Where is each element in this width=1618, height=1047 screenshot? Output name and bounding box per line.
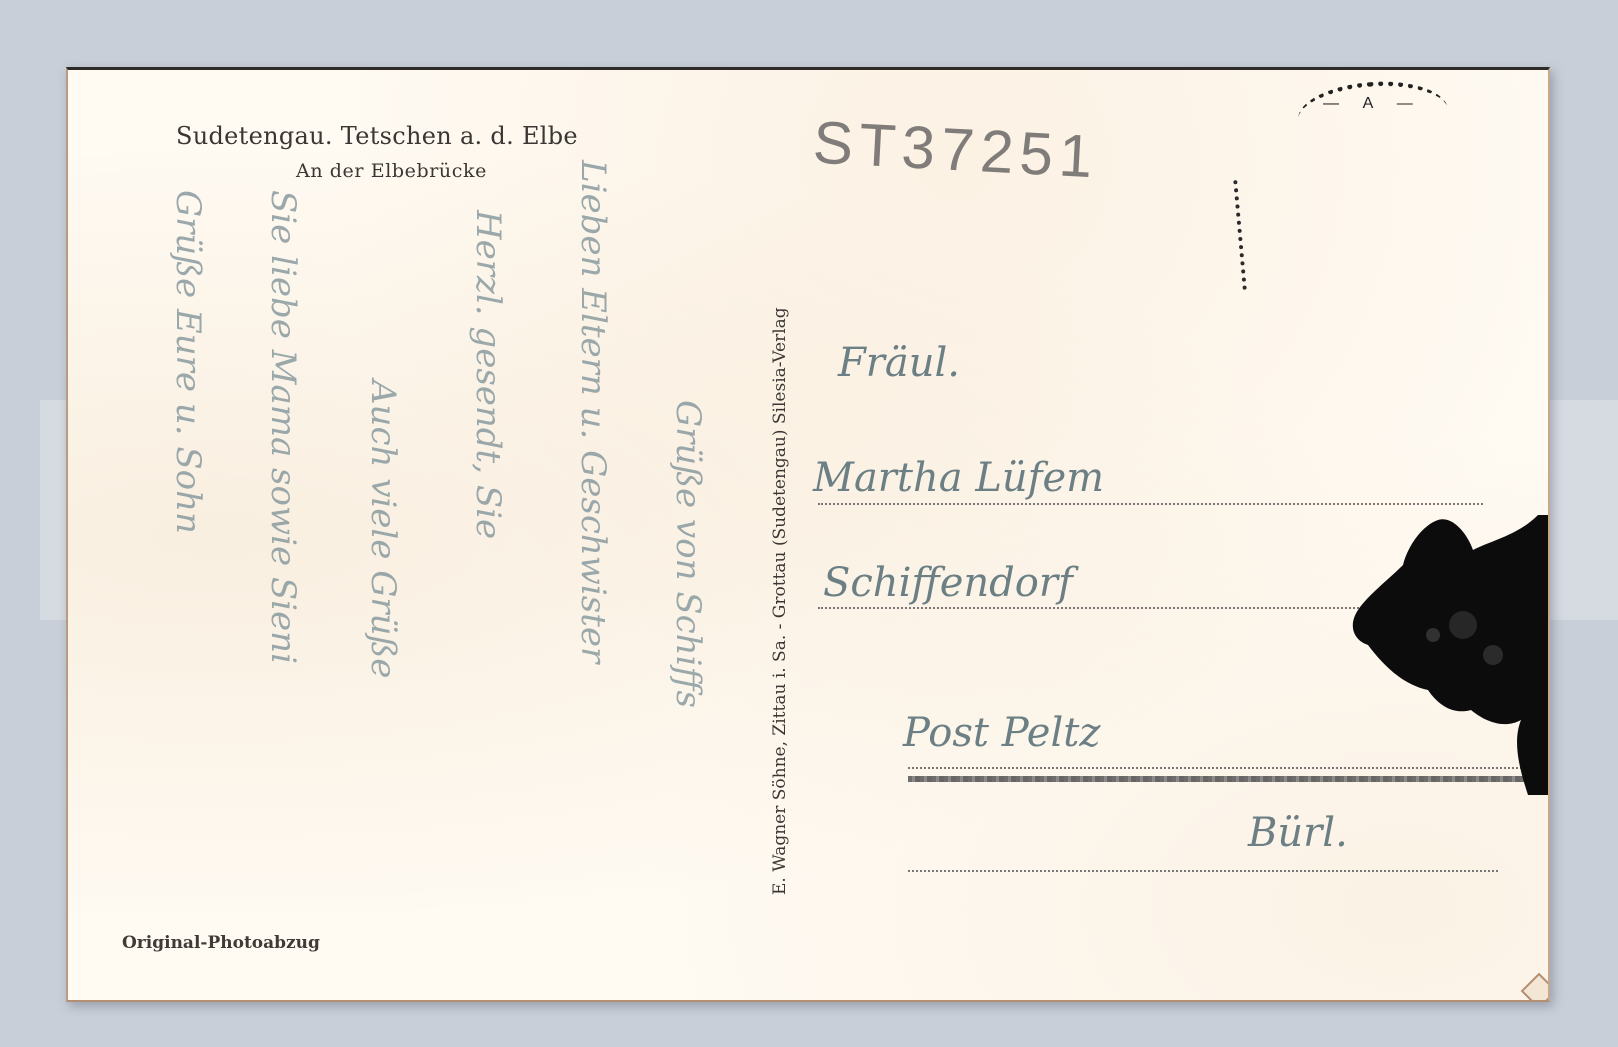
handwritten-message-line: Grüße Eure u. Sohn	[168, 190, 208, 534]
card-subtitle: An der Elbebrücke	[296, 160, 487, 182]
address-dotted-line	[818, 503, 1483, 505]
postmark-edge	[1233, 180, 1247, 290]
publisher-imprint: E. Wagner Söhne, Zittau i. Sa. - Grottau…	[770, 307, 790, 895]
card-title: Sudetengau. Tetschen a. d. Elbe	[176, 122, 578, 150]
address-line-2: Martha Lüfem	[813, 455, 1104, 501]
original-photo-note: Original-Photoabzug	[122, 933, 320, 953]
pencil-reference-number: ST37251	[811, 108, 1100, 192]
address-line-4: Post Peltz	[903, 710, 1100, 756]
card-corner-wear	[1521, 973, 1550, 1002]
stamp-remnant-icon	[1343, 515, 1550, 795]
address-dotted-line	[818, 607, 1378, 609]
address-line-5: Bürl.	[1248, 810, 1348, 856]
postmark-text: — A —	[1323, 95, 1423, 113]
address-dotted-line	[908, 870, 1498, 872]
address-line-3: Schiffendorf	[823, 560, 1073, 606]
postcard: Sudetengau. Tetschen a. d. Elbe An der E…	[66, 67, 1550, 1002]
handwritten-message-line: Grüße von Schiffs	[668, 400, 708, 708]
handwritten-message-line: Lieben Eltern u. Geschwister	[573, 160, 613, 663]
handwritten-message-line: Sie liebe Mama sowie Sieni	[263, 190, 303, 664]
handwritten-message-line: Herzl. gesendt, Sie	[468, 210, 508, 539]
postmark-arc	[1296, 77, 1450, 152]
handwritten-message-line: Auch viele Grüße	[363, 380, 403, 678]
address-line-1: Fräul.	[838, 340, 960, 386]
